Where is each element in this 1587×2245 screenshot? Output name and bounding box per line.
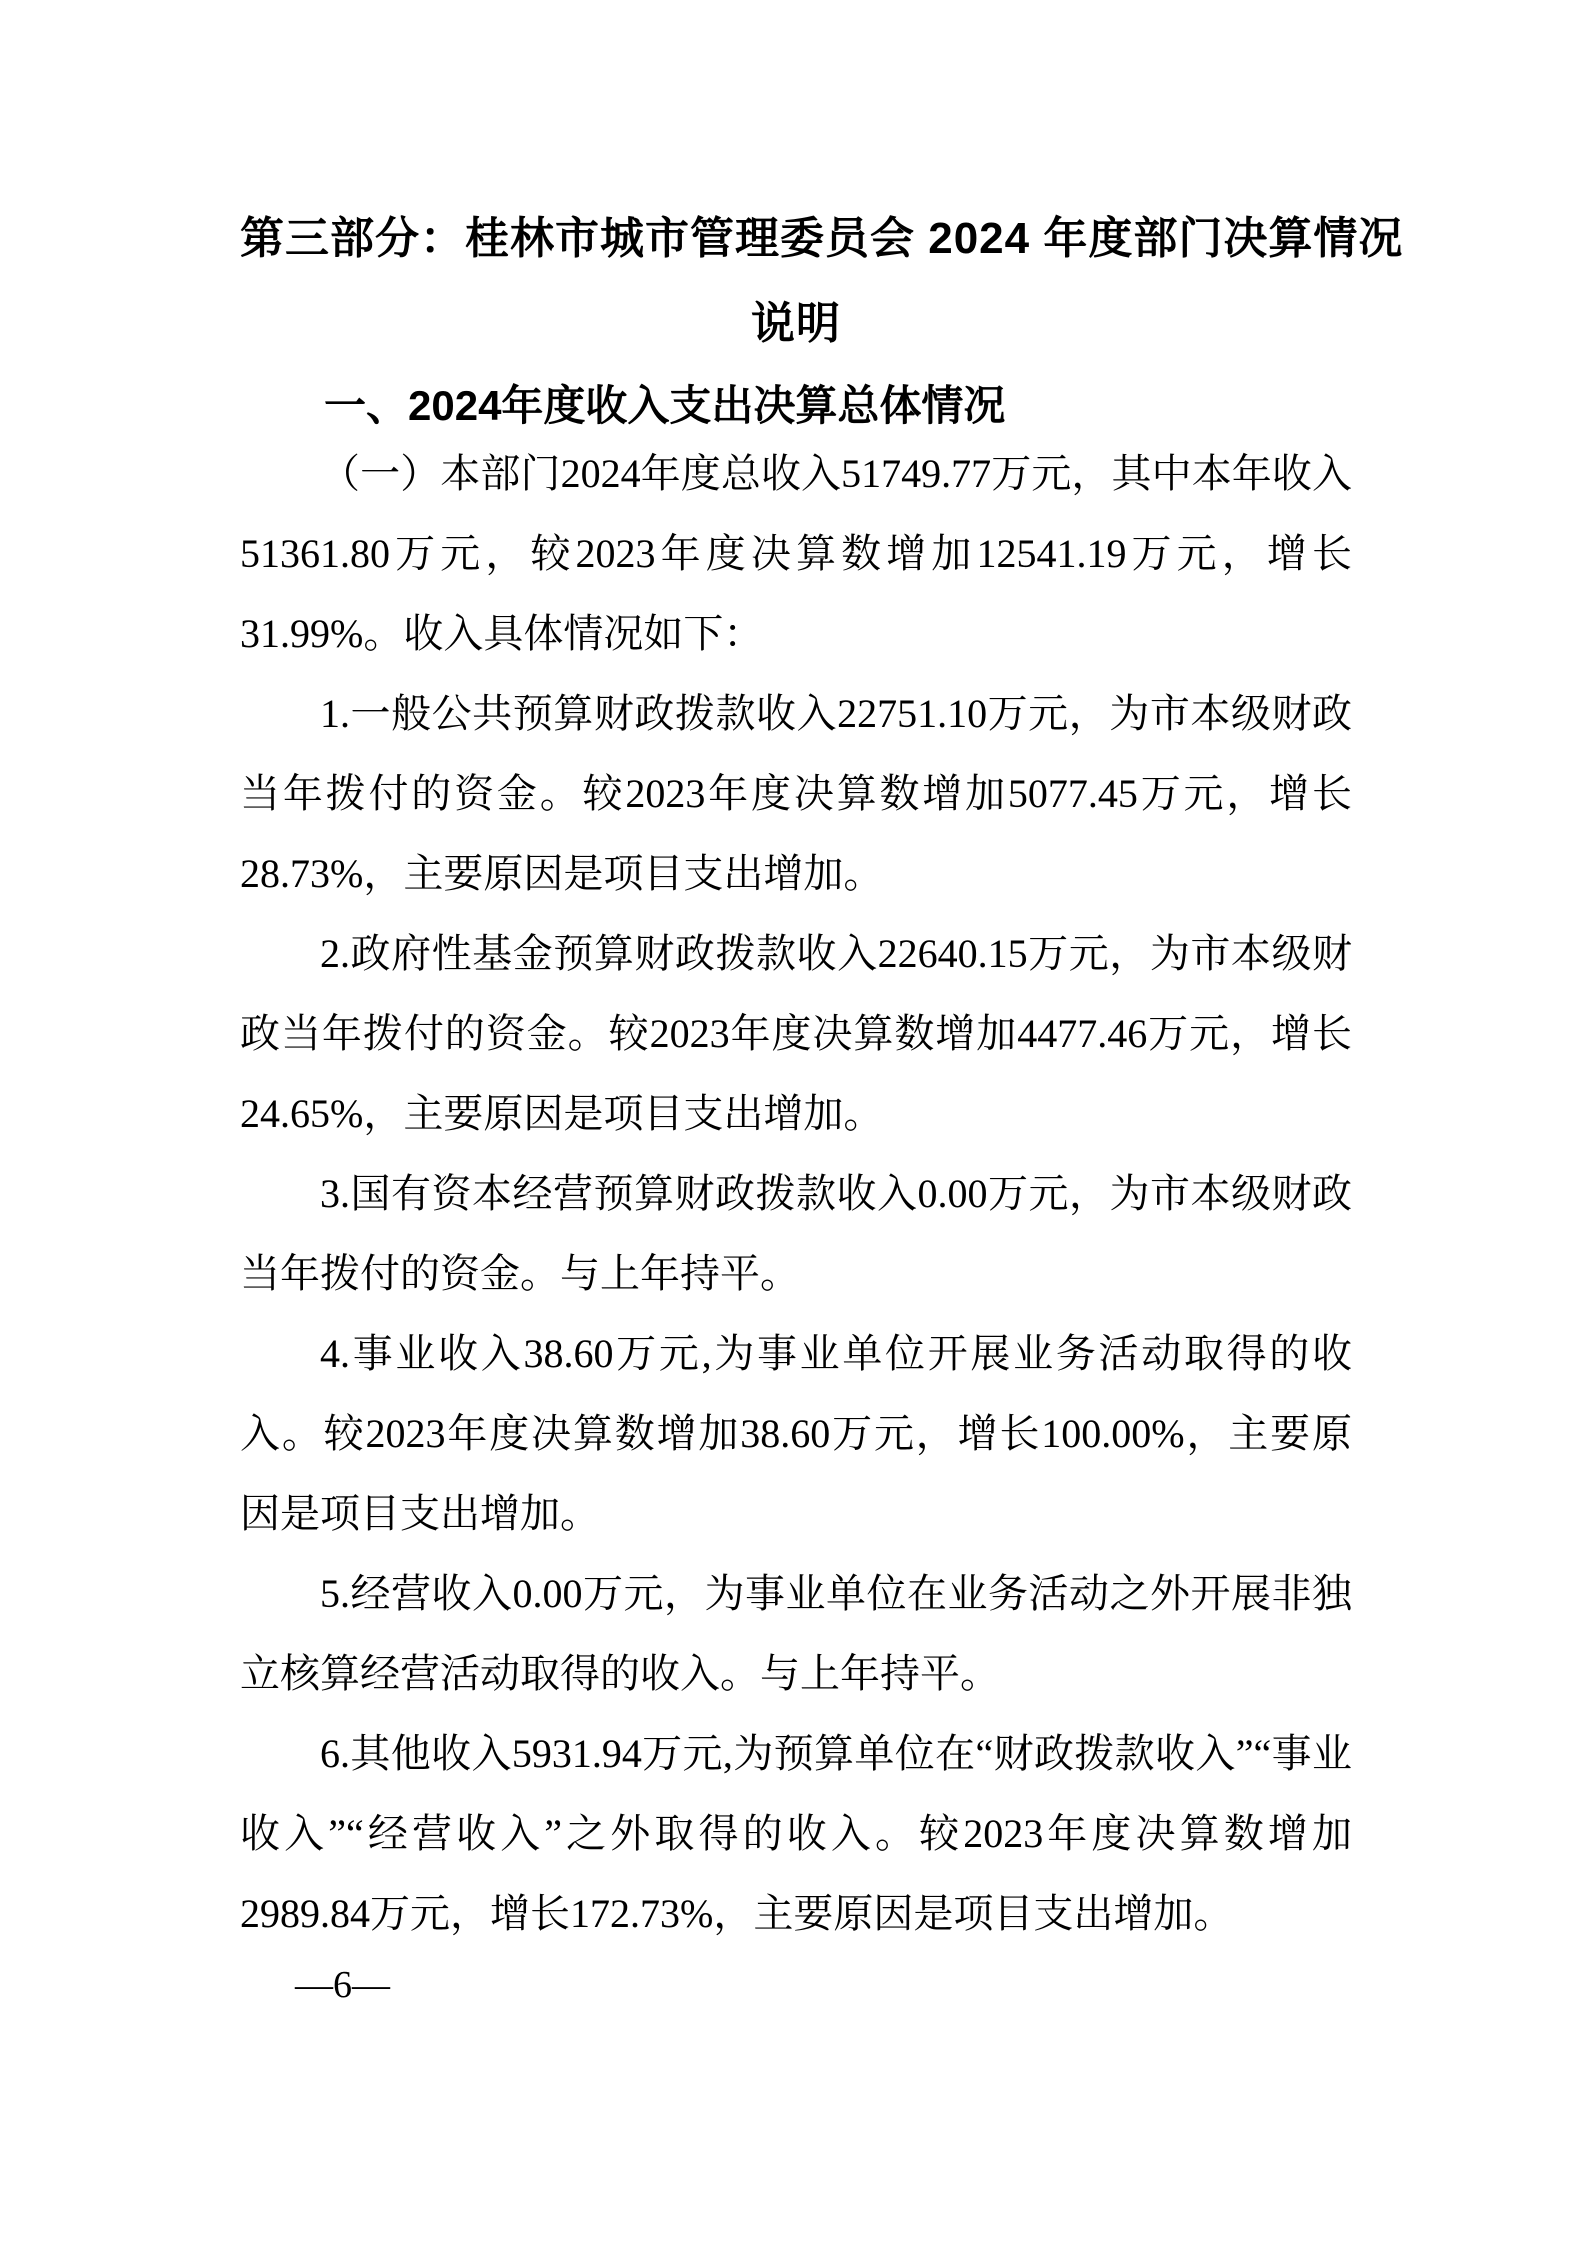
paragraph-operating-income: 5.经营收入0.00万元，为事业单位在业务活动之外开展非独立核算经营活动取得的收… [240, 1554, 1352, 1714]
document-title-line-2: 说明 [240, 281, 1352, 366]
document-page: 第三部分：桂林市城市管理委员会 2024 年度部门决算情况 说明 一、2024年… [0, 0, 1587, 2245]
paragraph-other-income: 6.其他收入5931.94万元,为预算单位在“财政拨款收入”“事业收入”“经营收… [240, 1714, 1352, 1954]
page-number: —6— [295, 1964, 390, 2006]
document-title: 第三部分：桂林市城市管理委员会 2024 年度部门决算情况 说明 [240, 196, 1352, 366]
document-content: 第三部分：桂林市城市管理委员会 2024 年度部门决算情况 说明 一、2024年… [240, 0, 1352, 2006]
paragraph-total-income: （一）本部门2024年度总收入51749.77万元，其中本年收入51361.80… [240, 434, 1352, 674]
paragraph-general-public-budget-income: 1.一般公共预算财政拨款收入22751.10万元，为市本级财政当年拨付的资金。较… [240, 674, 1352, 914]
paragraph-government-fund-budget-income: 2.政府性基金预算财政拨款收入22640.15万元，为市本级财政当年拨付的资金。… [240, 914, 1352, 1154]
document-title-line-1: 第三部分：桂林市城市管理委员会 2024 年度部门决算情况 [240, 196, 1352, 281]
paragraph-state-capital-budget-income: 3.国有资本经营预算财政拨款收入0.00万元，为市本级财政当年拨付的资金。与上年… [240, 1154, 1352, 1314]
paragraph-institutional-income: 4.事业收入38.60万元,为事业单位开展业务活动取得的收入。较2023年度决算… [240, 1314, 1352, 1554]
document-body: （一）本部门2024年度总收入51749.77万元，其中本年收入51361.80… [240, 434, 1352, 1954]
